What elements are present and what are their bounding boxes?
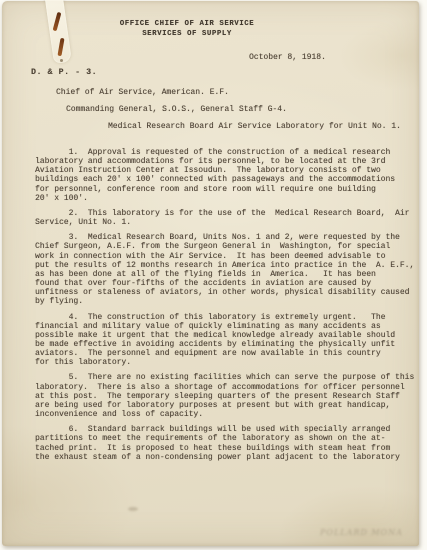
document-scan: OFFICE CHIEF OF AIR SERVICE SERVICES OF … bbox=[0, 0, 427, 550]
recipient-line-chief-of-air-service: Chief of Air Service, American. E.F. bbox=[56, 88, 229, 97]
letter-page: OFFICE CHIEF OF AIR SERVICE SERVICES OF … bbox=[2, 1, 419, 546]
letterhead: OFFICE CHIEF OF AIR SERVICE SERVICES OF … bbox=[106, 19, 268, 39]
pencil-annotation: POLLARD MONA bbox=[320, 528, 410, 537]
date-line: October 8, 1918. bbox=[249, 53, 326, 62]
paragraph-5: 5. There are no existing facilities whic… bbox=[35, 373, 419, 419]
paragraph-2: 2. This laboratory is for the use of the… bbox=[35, 209, 419, 227]
paper-smudge bbox=[128, 507, 138, 511]
letterhead-office-line: OFFICE CHIEF OF AIR SERVICE bbox=[106, 19, 268, 29]
paragraph-6: 6. Standard barrack buildings will be us… bbox=[35, 425, 419, 462]
subject-line: Medical Research Board Air Service Labor… bbox=[108, 122, 401, 131]
recipient-line-commanding-general: Commanding General, S.O.S., General Staf… bbox=[66, 105, 287, 114]
rust-dot-icon bbox=[60, 59, 63, 62]
letterhead-services-line: SERVICES OF SUPPLY bbox=[106, 29, 268, 39]
letter-body: 1. Approval is requested of the construc… bbox=[35, 148, 419, 468]
file-reference: D. & P. - 3. bbox=[31, 68, 97, 77]
paragraph-3: 3. Medical Research Board, Units Nos. 1 … bbox=[35, 233, 419, 306]
paragraph-1: 1. Approval is requested of the construc… bbox=[35, 148, 419, 203]
paragraph-4: 4. The construction of this laboratory i… bbox=[35, 313, 419, 368]
